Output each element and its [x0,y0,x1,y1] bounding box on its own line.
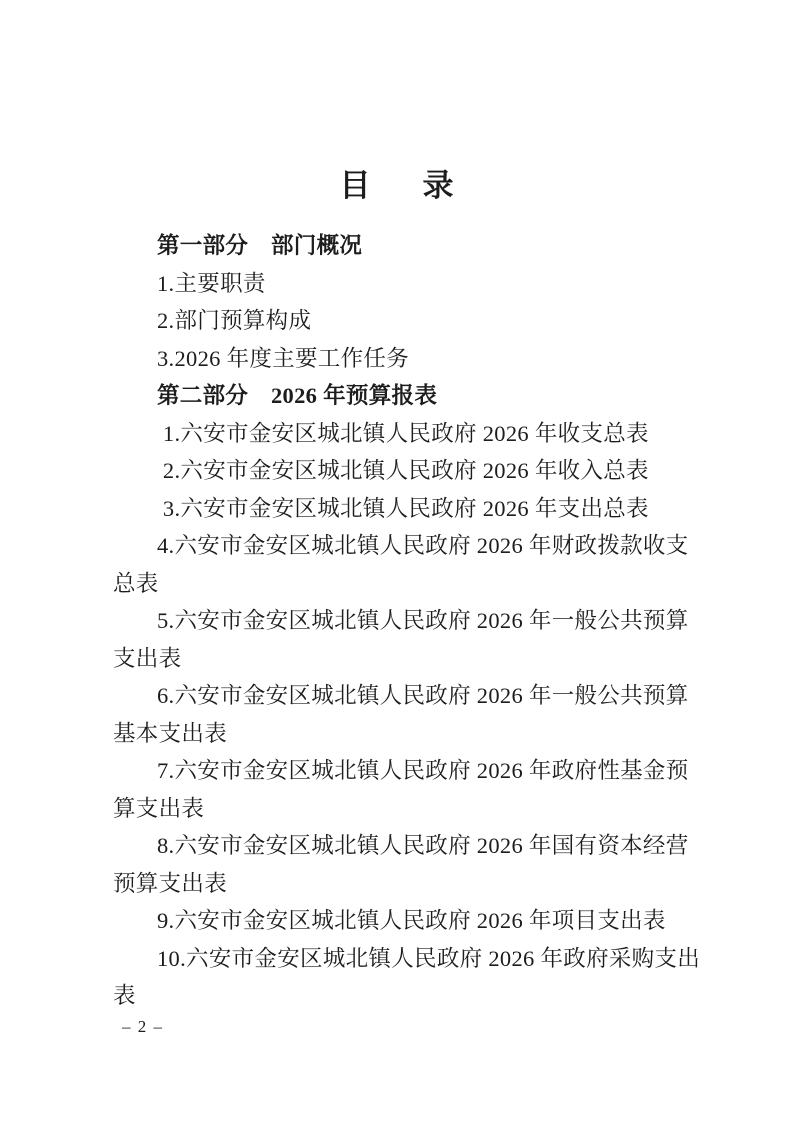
document-page: 目 录 第一部分 部门概况 1.主要职责 2.部门预算构成 3.2026 年度主… [0,0,793,1122]
toc-entry: 6.六安市金安区城北镇人民政府 2026 年一般公共预算 [113,677,680,715]
toc-entry-continuation: 表 [113,977,680,1015]
toc-entry: 1.六安市金安区城北镇人民政府 2026 年收支总表 [113,415,680,453]
page-title-char-right: 录 [423,165,454,207]
toc-entry-continuation: 支出表 [113,640,680,678]
toc-entry: 2.部门预算构成 [113,302,680,340]
toc-entry: 3.2026 年度主要工作任务 [113,340,680,378]
page-title: 目 录 [0,165,793,207]
toc-entry: 1.主要职责 [113,265,680,303]
toc-section-heading: 第二部分 2026 年预算报表 [113,377,680,415]
toc-entry: 10.六安市金安区城北镇人民政府 2026 年政府采购支出 [113,940,680,978]
toc-entry: 9.六安市金安区城北镇人民政府 2026 年项目支出表 [113,902,680,940]
page-title-char-left: 目 [340,165,371,207]
toc-entry: 8.六安市金安区城北镇人民政府 2026 年国有资本经营 [113,827,680,865]
toc-entry-continuation: 总表 [113,565,680,603]
toc-entry-continuation: 算支出表 [113,790,680,828]
toc-entry: 5.六安市金安区城北镇人民政府 2026 年一般公共预算 [113,602,680,640]
toc-entry: 2.六安市金安区城北镇人民政府 2026 年收入总表 [113,452,680,490]
toc-entry: 7.六安市金安区城北镇人民政府 2026 年政府性基金预 [113,752,680,790]
toc-content: 第一部分 部门概况 1.主要职责 2.部门预算构成 3.2026 年度主要工作任… [113,227,680,1015]
page-number: – 2 – [122,1016,164,1038]
toc-entry-continuation: 预算支出表 [113,865,680,903]
toc-entry: 3.六安市金安区城北镇人民政府 2026 年支出总表 [113,490,680,528]
toc-entry: 4.六安市金安区城北镇人民政府 2026 年财政拨款收支 [113,527,680,565]
toc-entry-continuation: 基本支出表 [113,715,680,753]
toc-section-heading: 第一部分 部门概况 [113,227,680,265]
